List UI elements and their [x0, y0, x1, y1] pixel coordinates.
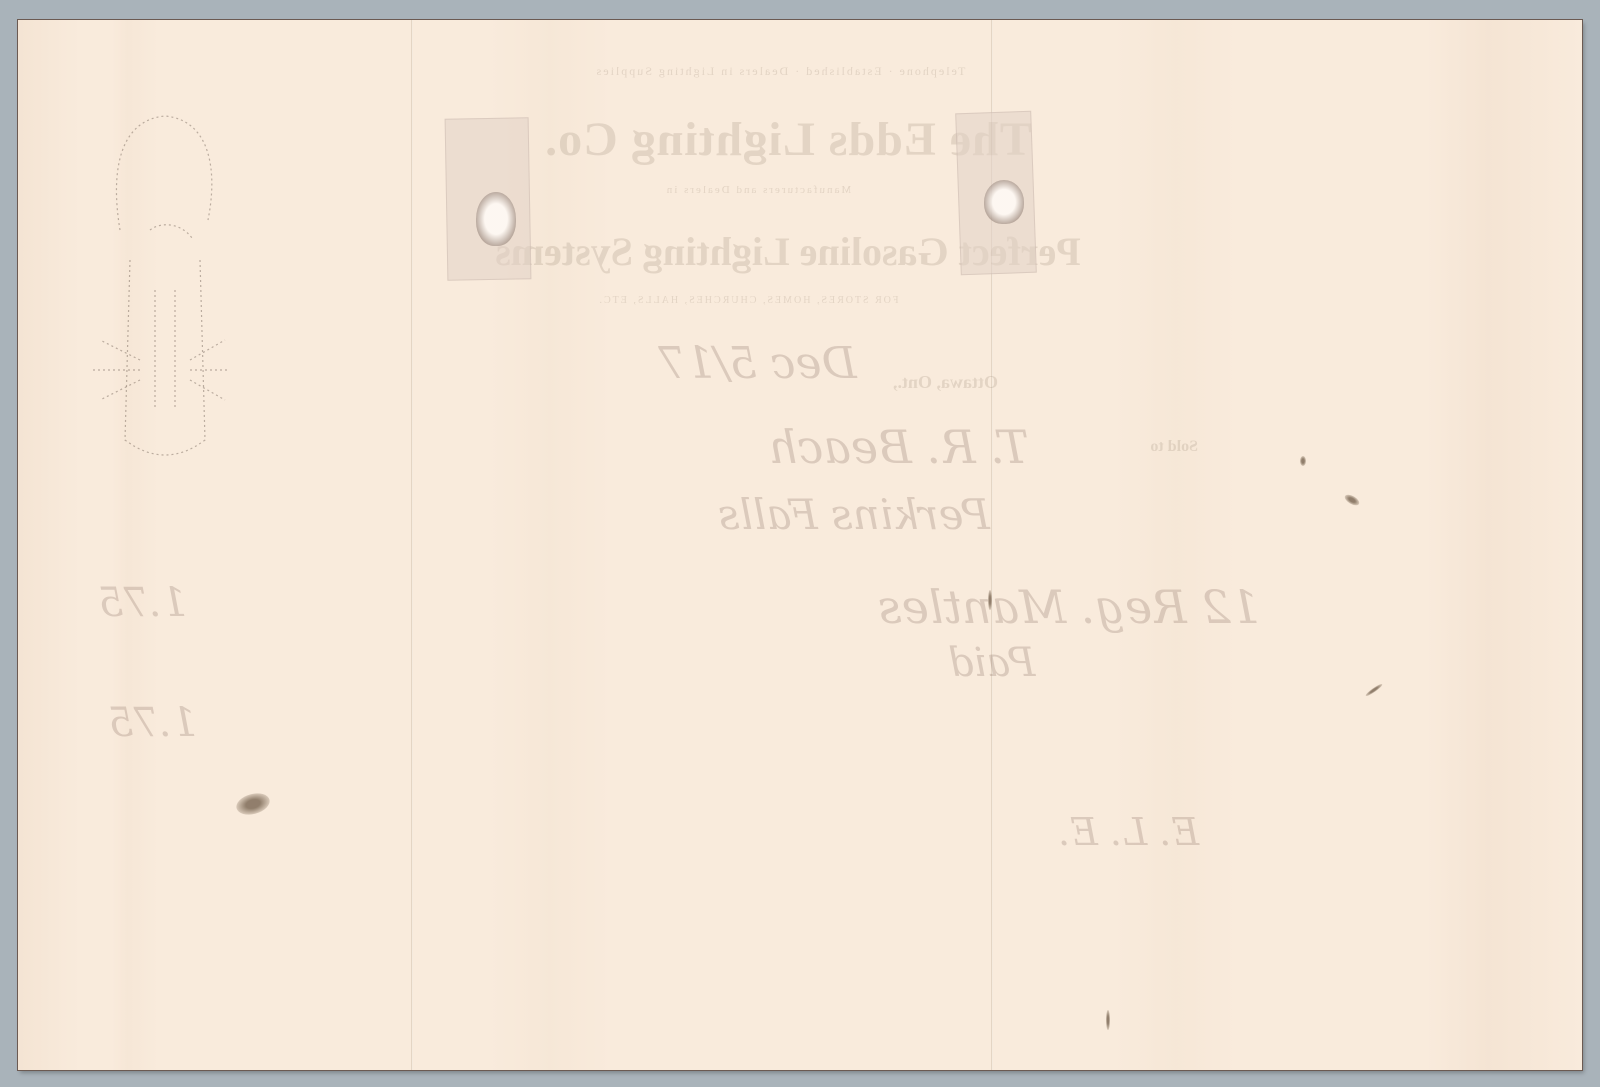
lamp-illustration-show-through	[80, 110, 230, 480]
header-small-print: Telephone · Established · Dealers in Lig…	[370, 64, 1190, 79]
foxing-spot	[988, 590, 992, 610]
fold-line-left	[411, 20, 413, 1070]
adhesive-stain	[476, 192, 516, 246]
handwritten-date: Dec 5/17	[658, 338, 857, 389]
handwritten-signature: E. L. E.	[1058, 810, 1199, 854]
ink-stain	[234, 790, 272, 818]
handwritten-item-line: Paid	[948, 640, 1035, 686]
invoice-paper-back: Telephone · Established · Dealers in Lig…	[18, 20, 1582, 1070]
handwritten-amount: 1.75	[98, 580, 187, 626]
foxing-spot	[1343, 493, 1361, 508]
foxing-spot	[1365, 683, 1384, 698]
handwritten-amount: 1.75	[108, 700, 197, 746]
foxing-spot	[1300, 456, 1306, 466]
foxing-spot	[1106, 1010, 1110, 1030]
adhesive-stain	[984, 180, 1024, 224]
company-uses: FOR STORES, HOMES, CHURCHES, HALLS, ETC.	[488, 295, 1008, 306]
invoice-city: Ottawa, Ont.,	[858, 372, 998, 393]
handwritten-customer-address: Perkins Falls	[718, 490, 990, 539]
handwritten-customer-name: T. R. Beach	[768, 420, 1029, 474]
handwritten-item-line: 12 Reg. Mantles	[878, 580, 1260, 634]
sold-to-label: Sold to	[1138, 438, 1198, 456]
